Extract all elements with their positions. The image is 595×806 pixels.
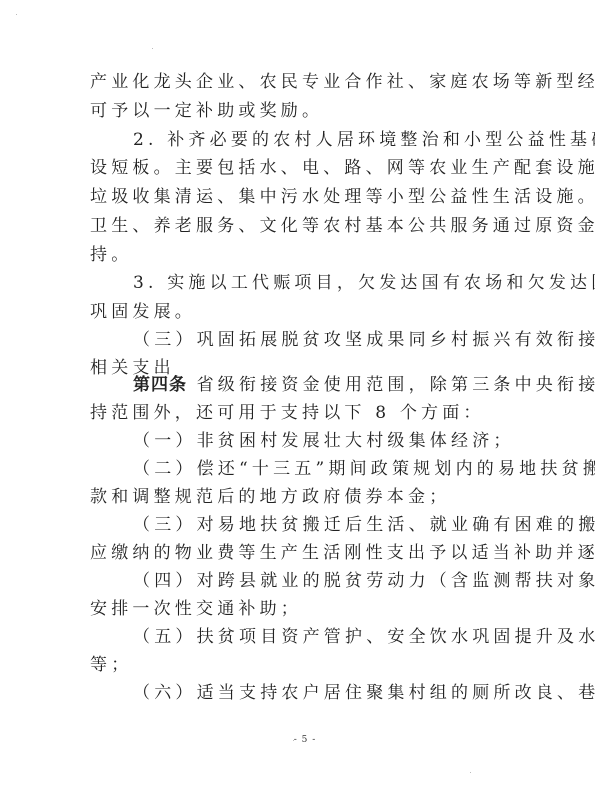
scan-speck [293, 740, 294, 741]
paragraph-line: 持范围外，还可用于支持以下 8 个方面： [90, 403, 530, 423]
page-number: - 5 - [0, 735, 595, 745]
paragraph-line: 卫生、养老服务、文化等农村基本公共服务通过原资金渠道支 [90, 216, 530, 236]
paragraph-line: 设短板。主要包括水、电、路、网等农业生产配套设施，以及 [90, 158, 530, 178]
item-6-line: （六）适当支持农户居住聚集村组的厕所改良、巷道硬化、 [133, 683, 573, 703]
document-page: 产业化龙头企业、农民专业合作社、家庭农场等新型经营主体， 可予以一定补助或奖励。… [0, 0, 595, 806]
paragraph-line: 巩固发展。 [90, 302, 530, 322]
paragraph-line: 等； [90, 655, 530, 675]
list-item-3-line: 3. 实施以工代赈项目，欠发达国有农场和欠发达国有林场 [133, 273, 573, 293]
scan-speck [16, 14, 17, 15]
article-4-line: 第四条 省级衔接资金使用范围，除第三条中央衔接资金支 [133, 375, 573, 395]
paragraph-line: 安排一次性交通补助； [90, 599, 530, 619]
item-2-line: （二）偿还“十三五”期间政策规划内的易地扶贫搬迁贷 [133, 459, 573, 479]
article-4-label: 第四条 [133, 375, 187, 395]
paragraph-line: 产业化龙头企业、农民专业合作社、家庭农场等新型经营主体， [90, 72, 530, 92]
list-item-2-line: 2. 补齐必要的农村人居环境整治和小型公益性基础设施建 [133, 130, 573, 150]
paragraph-line: 可予以一定补助或奖励。 [90, 101, 530, 121]
scan-speck [470, 772, 471, 773]
paragraph-line: 垃圾收集清运、集中污水处理等小型公益性生活设施。教育、 [90, 187, 530, 207]
paragraph-line: 应缴纳的物业费等生产生活刚性支出予以适当补助并逐步退出； [90, 543, 530, 563]
item-3-line: （三）对易地扶贫搬迁后生活、就业确有困难的搬迁群众 [133, 515, 573, 535]
scan-speck [152, 48, 153, 49]
section-heading-3: （三）巩固拓展脱贫攻坚成果同乡村振兴有效衔接的其他 [133, 330, 573, 350]
item-4-line: （四）对跨县就业的脱贫劳动力（含监测帮扶对象）适当 [133, 571, 573, 591]
item-5-line: （五）扶贫项目资产管护、安全饮水巩固提升及水质监测 [133, 627, 573, 647]
item-1-line: （一）非贫困村发展壮大村级集体经济； [133, 431, 573, 451]
article-4-text: 省级衔接资金使用范围，除第三条中央衔接资金支 [187, 375, 595, 395]
paragraph-line: 持。 [90, 245, 530, 265]
paragraph-line: 款和调整规范后的地方政府债券本金； [90, 487, 530, 507]
